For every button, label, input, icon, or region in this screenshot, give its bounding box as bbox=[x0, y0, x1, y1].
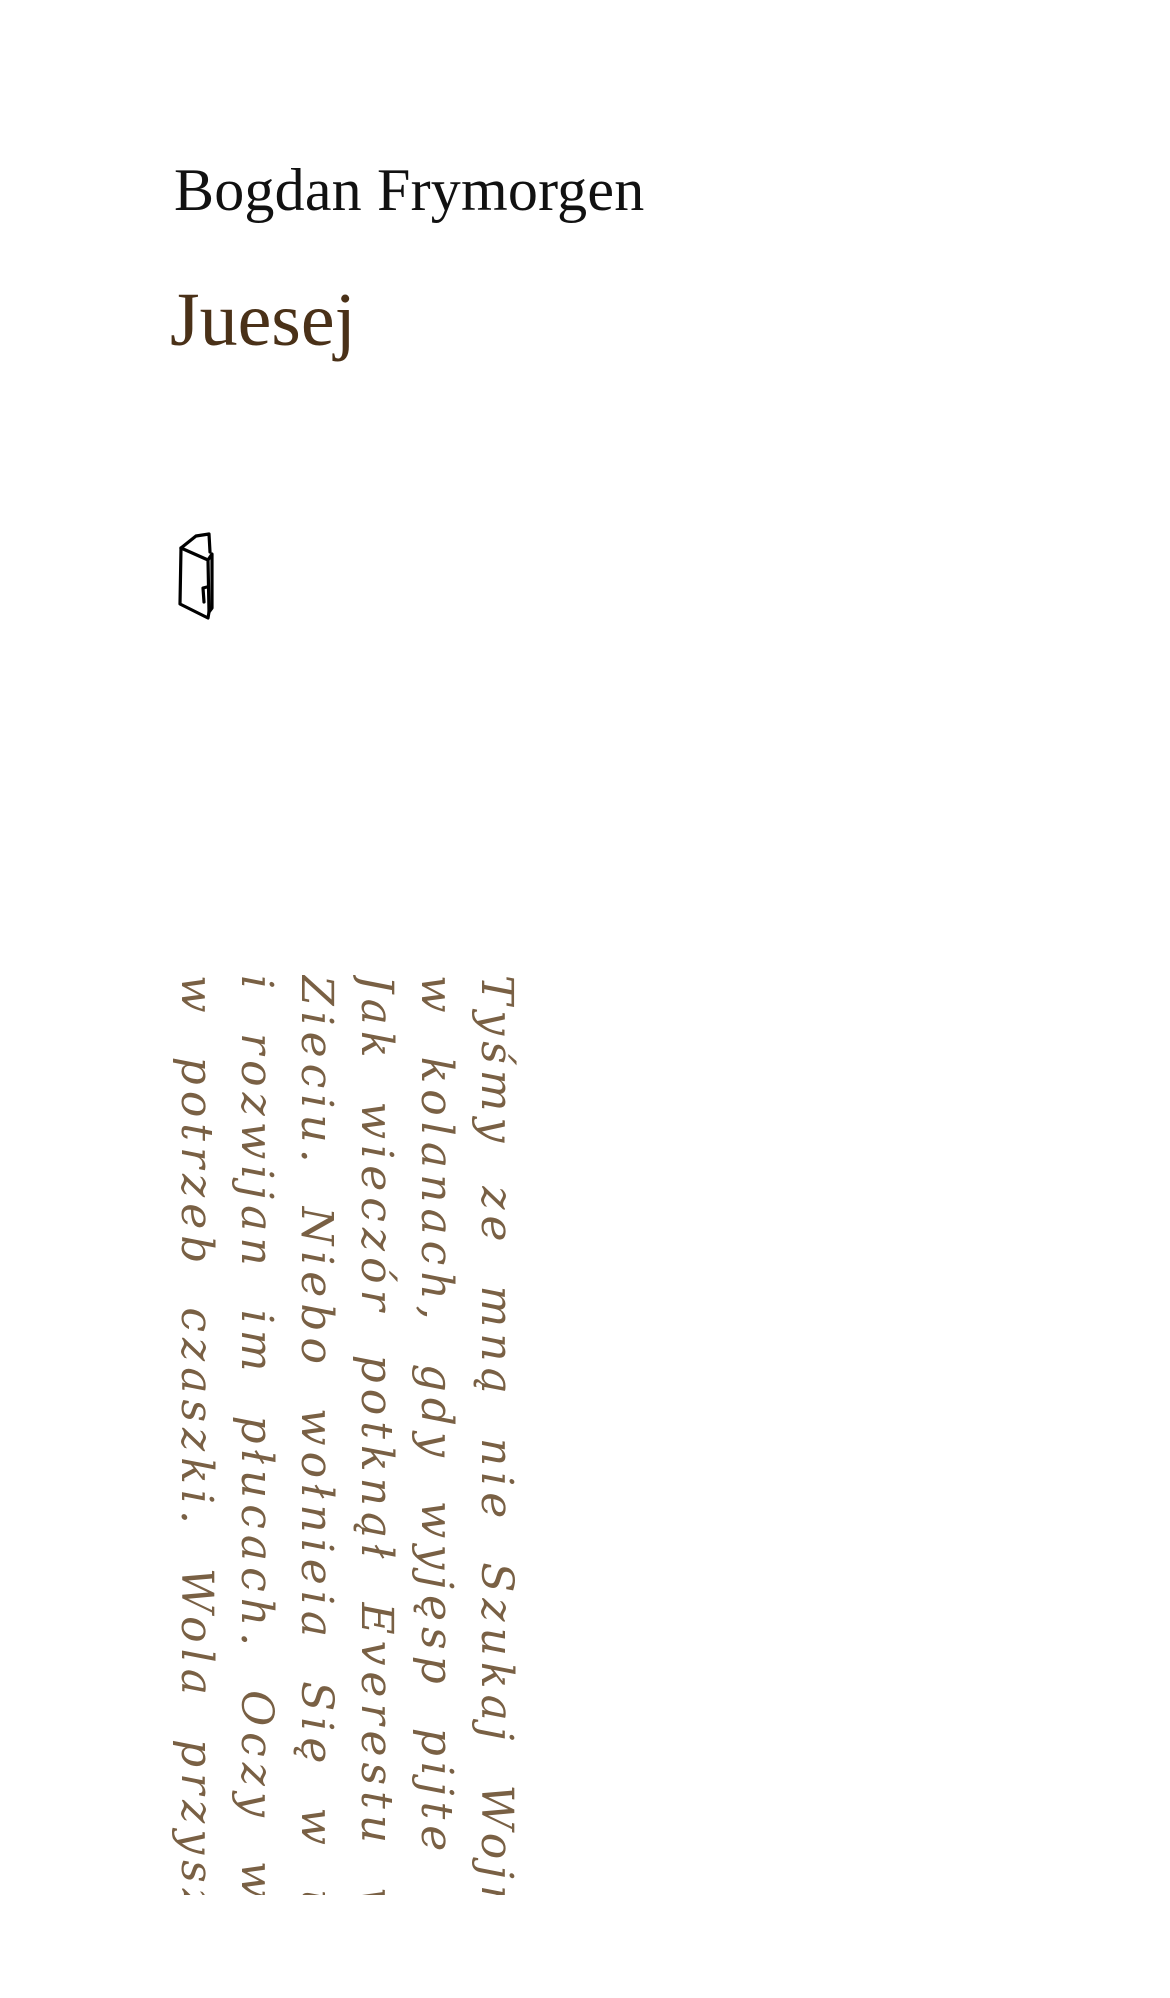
manuscript-line: Tyśmy ze mną nie Szukaj Wojny zgiste bbox=[466, 975, 526, 1895]
publisher-logo-icon bbox=[178, 528, 220, 624]
manuscript-line: i rozwijan im płucach. Oczy waśnijte bbox=[226, 975, 286, 1895]
manuscript-line: Zieciu. Niebo wołnieia Się w usta bbox=[286, 975, 346, 1895]
handwritten-manuscript: Tyśmy ze mną nie Szukaj Wojny zgiste w k… bbox=[146, 975, 526, 1895]
manuscript-line: w potrzeb czaszki. Wola przyszli wojną n… bbox=[166, 975, 226, 1895]
author-name: Bogdan Frymorgen bbox=[174, 160, 644, 220]
manuscript-line: Jak wieczór potknął Everestu wąg bbox=[346, 975, 406, 1895]
manuscript-text-block: Tyśmy ze mną nie Szukaj Wojny zgiste w k… bbox=[146, 975, 526, 1895]
manuscript-line: w kolanach, gdy wyjęsp pijte do przej bbox=[406, 975, 466, 1895]
book-title: Juesej bbox=[170, 282, 356, 358]
